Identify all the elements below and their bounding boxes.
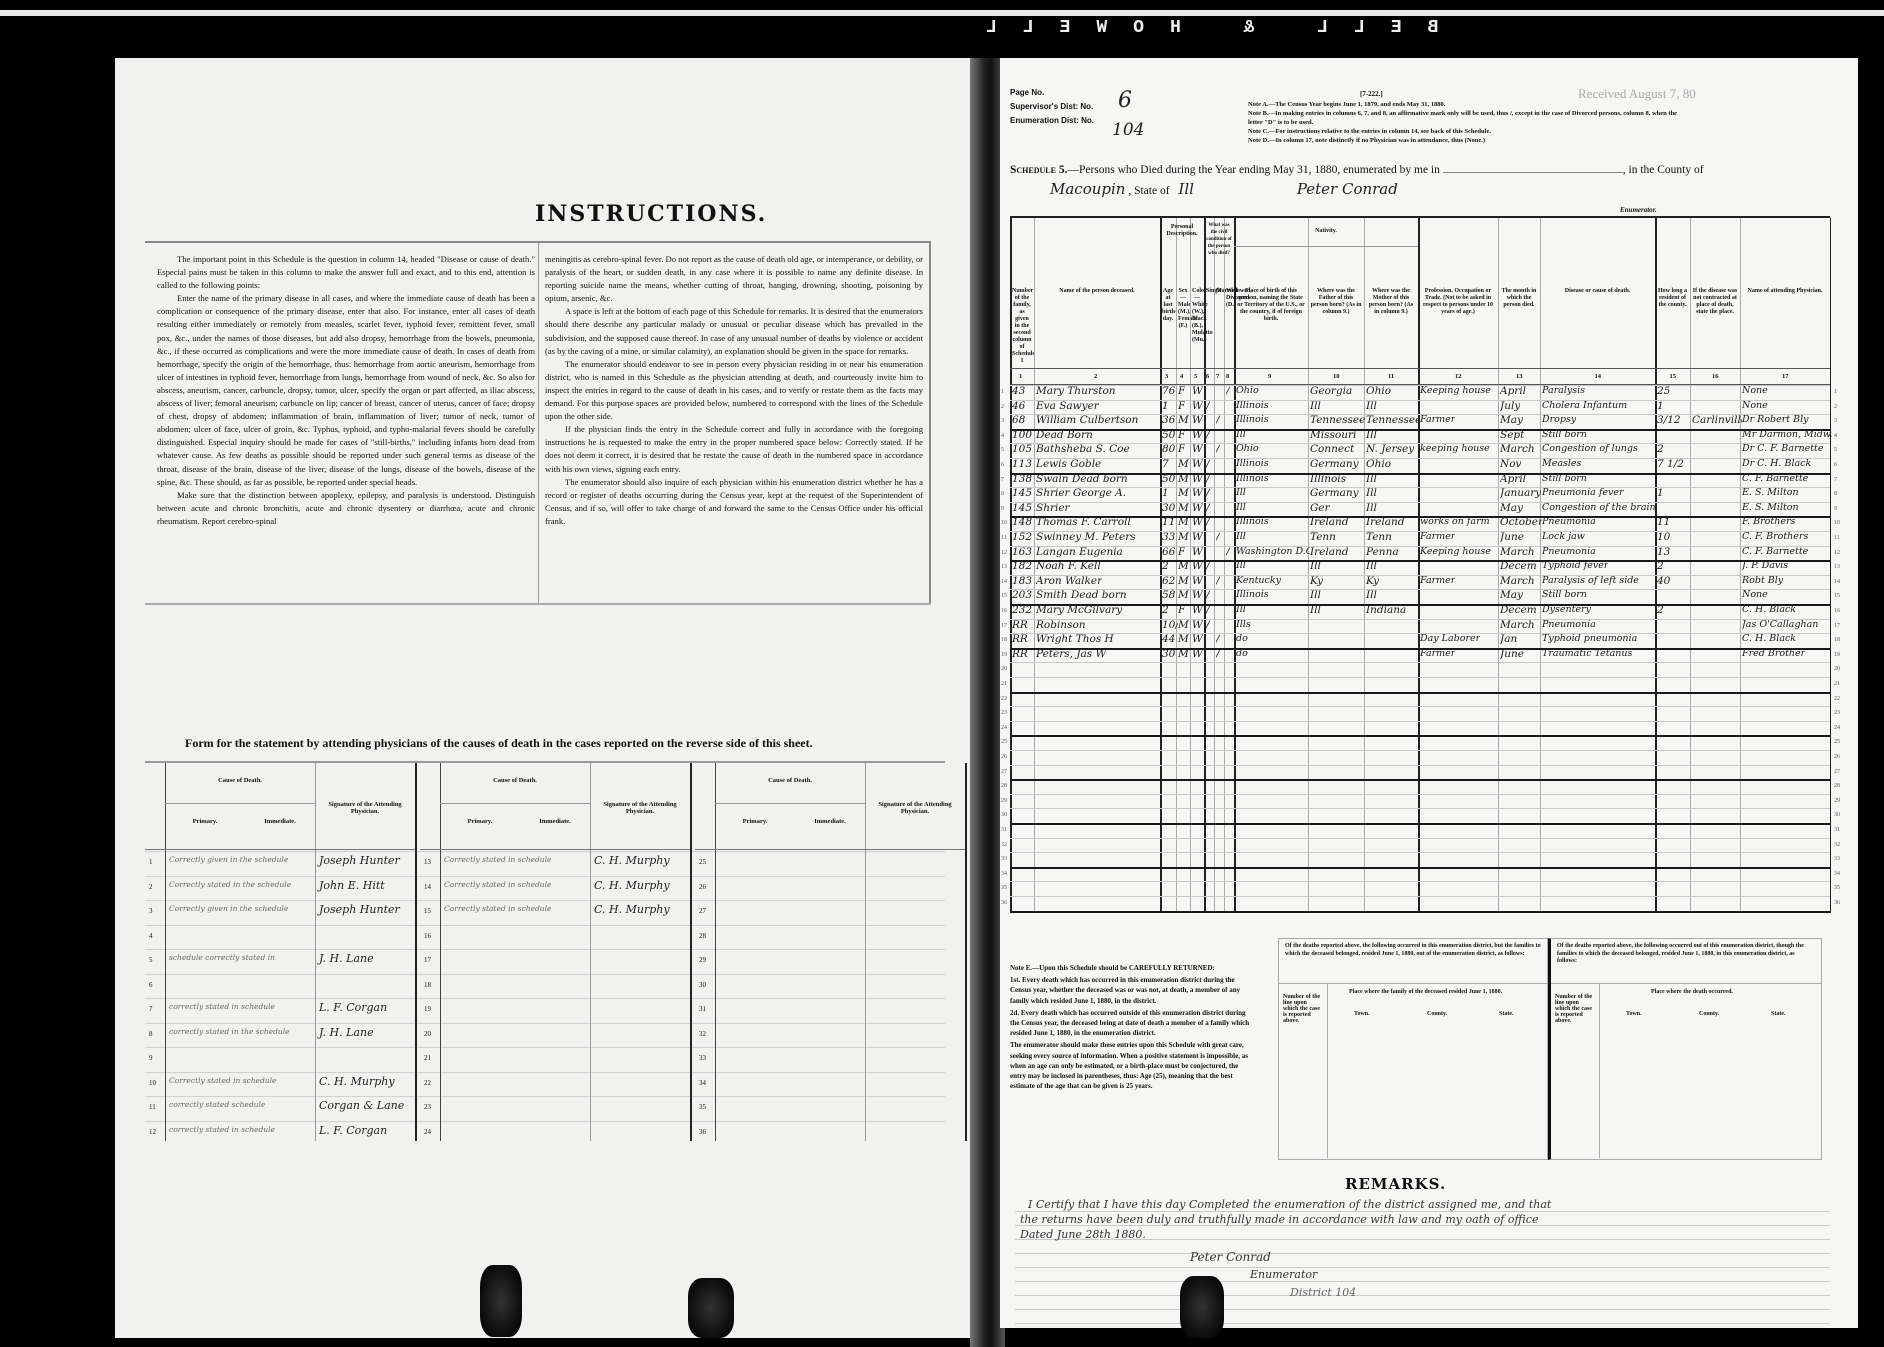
row-rule (1010, 604, 1830, 606)
cell-married: / (1216, 648, 1220, 660)
header-divider (165, 803, 315, 804)
physician-signature: John E. Hitt (319, 879, 385, 892)
enumeration-dist-label: Enumeration Dist: No. (1010, 114, 1094, 128)
cell-mother: Ill (1366, 487, 1377, 499)
cell-resident: 13 (1657, 546, 1670, 558)
cell-sex: F (1178, 546, 1185, 558)
instructions-paragraph: meningitis as cerebro-spinal fever. Do n… (545, 253, 923, 305)
row-rule (1010, 619, 1830, 620)
primary-header: Primary. (715, 818, 795, 825)
cell-mother: Ill (1366, 560, 1377, 572)
cell-father: Connect (1310, 443, 1354, 455)
cell-sex: M (1178, 589, 1189, 601)
line-number: 27 (1001, 769, 1007, 775)
signature-column (590, 763, 692, 1141)
cause-of-death-header: Cause of Death. (715, 777, 865, 784)
cell-physician: Mr Darmon, Midwife (1742, 429, 1832, 440)
line-number-column: 131415161718192021222324 (420, 763, 441, 1141)
cell-age: 33 (1162, 531, 1175, 543)
cell-sex: F (1178, 385, 1185, 397)
cell-name: Bathsheba S. Coe (1036, 443, 1130, 455)
cell-contracted: Carlinville (1692, 414, 1742, 426)
row-rule (1010, 867, 1830, 869)
state-label: , State of (1128, 185, 1169, 197)
line-number: 17 (424, 956, 431, 964)
line-number: 8 (1834, 491, 1837, 497)
cell-disease: Dysentery (1542, 604, 1591, 615)
remarks-date: Dated June 28th 1880. (1020, 1228, 1146, 1241)
cell-father: Ireland (1310, 546, 1348, 558)
cell-physician: Dr C. H. Black (1742, 458, 1811, 469)
line-number: 14 (424, 883, 431, 891)
line-number: 9 (149, 1054, 153, 1062)
cell-occupation: Farmer (1420, 414, 1455, 425)
cell-age: 36 (1162, 414, 1175, 426)
cell-resident: 7 1/2 (1657, 458, 1684, 470)
cell-family: 145 (1012, 502, 1032, 514)
line-number: 29 (1834, 798, 1840, 804)
book-clip (480, 1265, 522, 1337)
cell-father: Georgia (1310, 385, 1352, 397)
place-header: Place where the family of the deceased r… (1349, 989, 1502, 995)
line-number: 1 (1834, 389, 1837, 395)
line-number: 31 (699, 1005, 706, 1013)
cell-physician: Robt Bly (1742, 575, 1783, 586)
cell-age: 50 (1162, 473, 1175, 485)
physician-signature: J. H. Lane (319, 952, 374, 965)
cell-father: Germany (1310, 458, 1359, 470)
cell-physician: None (1742, 400, 1768, 411)
cell-physician: C. F. Barnette (1742, 546, 1808, 557)
divider (1551, 983, 1821, 984)
signature-header: Signature of the Attending Physician. (867, 801, 963, 815)
cell-color: W (1192, 575, 1203, 587)
line-number: 7 (1834, 477, 1837, 483)
line-number: 21 (424, 1054, 431, 1062)
cell-family: 145 (1012, 487, 1032, 499)
line-number: 9 (1001, 506, 1004, 512)
line-number: 34 (1001, 871, 1007, 877)
cell-month: Jan (1500, 633, 1517, 645)
cell-mother: Ohio (1366, 458, 1391, 470)
cell-occupation: Day Laborer (1420, 633, 1480, 644)
cell-color: W (1192, 473, 1203, 485)
line-number: 27 (699, 907, 706, 915)
cell-color: W (1192, 400, 1203, 412)
book-clip (1180, 1276, 1224, 1338)
primary-cause-entry: Correctly stated in schedule (169, 1076, 276, 1085)
note-e-title: Note E.—Upon this Schedule should be CAR… (1010, 963, 1250, 973)
physician-signature: C. H. Murphy (594, 879, 670, 892)
line-number: 23 (1001, 710, 1007, 716)
line-number: 4 (1834, 433, 1837, 439)
cell-family: 183 (1012, 575, 1032, 587)
instructions-paragraph: A space is left at the bottom of each pa… (545, 305, 923, 357)
state-header: State. (1499, 1011, 1514, 1017)
line-number-header: Number of the line upon which the case i… (1555, 994, 1595, 1024)
row-rule (1010, 765, 1830, 766)
primary-cause-entry: Correctly given in the schedule (169, 904, 288, 913)
cell-mother: Ill (1366, 400, 1377, 412)
cell-married: / (1216, 633, 1220, 645)
physician-signature: Joseph Hunter (319, 854, 400, 867)
note-e-paragraph: 2d. Every death which has occurred outsi… (1010, 1008, 1250, 1039)
primary-header: Primary. (165, 818, 245, 825)
cell-single: / (1206, 458, 1210, 470)
row-rule (1010, 706, 1830, 707)
row-rule (1010, 400, 1830, 401)
cell-disease: Typhoid pneumonia (1542, 633, 1637, 644)
county-header: County. (1427, 1011, 1447, 1017)
cell-father: Ky (1310, 575, 1323, 587)
cell-sex: M (1178, 648, 1189, 660)
cell-name: Swain Dead born (1036, 473, 1128, 485)
divider (1599, 983, 1600, 1158)
cell-father: Tennessee (1310, 414, 1365, 426)
row-rule (1010, 662, 1830, 663)
line-number-column: 252627282930313233343536 (695, 763, 716, 1141)
line-number: 22 (424, 1079, 431, 1087)
line-number: 13 (424, 858, 431, 866)
county-value: Macoupin (1050, 180, 1125, 198)
cell-mother: Tennessee (1366, 414, 1420, 426)
line-number: 19 (1834, 652, 1840, 658)
cell-resident: 2 (1657, 443, 1664, 455)
deaths-in-district-table: Of the deaths reported above, the follow… (1278, 938, 1548, 1160)
primary-cause-entry: correctly stated in the schedule (169, 1027, 290, 1036)
cell-family: 105 (1012, 443, 1032, 455)
cell-sex: M (1178, 560, 1189, 572)
physician-signature: J. H. Lane (319, 1026, 374, 1039)
row-rule (1010, 911, 1830, 913)
cell-single: / (1206, 429, 1210, 441)
remarks-district: District 104 (1290, 1286, 1356, 1299)
cell-name: Swinney M. Peters (1036, 531, 1136, 543)
cell-family: 152 (1012, 531, 1032, 543)
physician-signature: C. H. Murphy (594, 854, 670, 867)
column-number: 8 (1226, 373, 1229, 380)
physician-form-title: Form for the statement by attending phys… (185, 736, 813, 751)
cell-married: / (1216, 443, 1220, 455)
cell-mother: N. Jersey (1366, 443, 1414, 455)
cell-color: W (1192, 487, 1203, 499)
cell-family: 138 (1012, 473, 1032, 485)
line-number: 36 (1001, 900, 1007, 906)
line-number: 21 (1834, 681, 1840, 687)
cell-color: W (1192, 429, 1203, 441)
line-number: 10 (1834, 520, 1840, 526)
cell-age: 1 (1162, 487, 1169, 499)
cell-month: April (1500, 473, 1526, 485)
cell-age: 62 (1162, 575, 1175, 587)
header-divider (145, 849, 415, 850)
cell-resident: 2 (1657, 604, 1664, 616)
primary-cause-entry: correctly stated in schedule (169, 1002, 275, 1011)
row-rule (1010, 823, 1830, 825)
line-number: 3 (1001, 418, 1004, 424)
cell-father: Missouri (1310, 429, 1356, 441)
cell-single: / (1206, 400, 1210, 412)
line-number: 8 (149, 1030, 153, 1038)
microfilm-header-strip: BELL & HOWELL (0, 0, 1884, 58)
state-value: Ill (1178, 180, 1194, 198)
cell-month: July (1500, 400, 1520, 412)
column-number: 10 (1333, 373, 1340, 380)
column-header: How long a resident of the county. (1657, 288, 1688, 309)
row-rule (1010, 692, 1830, 694)
cell-disease: Cholera Infantum (1542, 400, 1627, 411)
cell-color: W (1192, 589, 1203, 601)
column-number: 2 (1094, 373, 1097, 380)
row-rule (1010, 458, 1830, 459)
cell-sex: M (1178, 458, 1189, 470)
cell-color: W (1192, 443, 1203, 455)
line-number: 20 (424, 1030, 431, 1038)
line-number: 24 (1834, 725, 1840, 731)
cell-disease: Pneumonia (1542, 619, 1596, 630)
line-number: 4 (1001, 433, 1004, 439)
column-rule (1830, 218, 1831, 913)
header-divider (420, 849, 690, 850)
column-number: 3 (1165, 373, 1168, 380)
row-rule (1010, 838, 1830, 839)
line-number: 24 (1001, 725, 1007, 731)
header-divider (440, 803, 590, 804)
form-code: [7-222.] (1360, 90, 1383, 98)
county-header: County. (1699, 1011, 1719, 1017)
line-number: 29 (1001, 798, 1007, 804)
cell-birth: Ill (1236, 560, 1246, 571)
line-number: 7 (1001, 477, 1004, 483)
line-number: 11 (1834, 535, 1840, 541)
cell-sex: F (1178, 400, 1185, 412)
cell-physician: None (1742, 385, 1768, 396)
line-number: 1 (149, 858, 153, 866)
cell-father: Germany (1310, 487, 1359, 499)
microfilm-label: BELL & HOWELL (960, 18, 1438, 38)
line-number-column: 123456789101112 (145, 763, 166, 1141)
cell-birth: Illinois (1236, 400, 1269, 411)
cell-disease: Pneumonia (1542, 516, 1596, 527)
instructions-paragraph: If the physician finds the entry in the … (545, 423, 923, 475)
cell-age: 66 (1162, 546, 1175, 558)
line-number: 7 (149, 1005, 153, 1013)
cell-birth: Ill (1236, 604, 1246, 615)
cell-name: Robinson (1036, 619, 1086, 631)
cell-birth: Illinois (1236, 458, 1269, 469)
line-number: 16 (1834, 608, 1840, 614)
column-header: Place of birth of this person, naming th… (1236, 288, 1306, 323)
line-number: 12 (149, 1128, 156, 1136)
cell-physician: Fred Brother (1742, 648, 1805, 659)
line-number: 33 (1001, 856, 1007, 862)
cell-age: 7 (1162, 458, 1169, 470)
line-number: 18 (1001, 637, 1007, 643)
row-rule (1010, 794, 1830, 795)
cell-name: Smith Dead born (1036, 589, 1127, 601)
cell-single: / (1206, 560, 1210, 572)
cell-occupation: Farmer (1420, 575, 1455, 586)
note-e-paragraph: 1st. Every death which has occurred in t… (1010, 975, 1250, 1006)
cell-father: Ill (1310, 400, 1321, 412)
primary-cause-entry: Correctly stated in the schedule (169, 880, 291, 889)
cell-occupation: Farmer (1420, 648, 1455, 659)
county-label: , in the County of (1623, 164, 1704, 176)
cell-color: W (1192, 531, 1203, 543)
row-rule (1010, 677, 1830, 678)
line-number-header: Number of the line upon which the case i… (1283, 994, 1323, 1024)
cell-birth: Illinois (1236, 589, 1269, 600)
column-header: The month in which the person died. (1500, 288, 1538, 309)
instructions-title: INSTRUCTIONS. (535, 201, 767, 227)
row-rule (1010, 589, 1830, 590)
row-rule (1010, 735, 1830, 737)
cell-family: 163 (1012, 546, 1032, 558)
cell-disease: Traumatic Tetanus (1542, 648, 1632, 659)
cell-name: Wright Thos H (1036, 633, 1114, 645)
physician-signature: L. F. Corgan (319, 1001, 387, 1014)
cell-color: W (1192, 458, 1203, 470)
cell-color: W (1192, 414, 1203, 426)
cell-birth: Illinois (1236, 516, 1269, 527)
cell-mother: Ill (1366, 473, 1377, 485)
primary-cause-entry: Correctly given in the schedule (169, 855, 288, 864)
cell-mother: Ky (1366, 575, 1379, 587)
line-number: 23 (1834, 710, 1840, 716)
cell-month: Decem (1500, 604, 1537, 616)
cell-family: RR (1012, 619, 1028, 631)
column-header: Color—White (W.), Black (B.), Mulatto (M… (1192, 288, 1202, 344)
physician-signature: Corgan & Lane (319, 1099, 404, 1112)
film-margin-right (1858, 58, 1884, 1347)
line-number: 28 (1001, 783, 1007, 789)
line-number: 4 (149, 932, 153, 940)
cell-disease: Paralysis (1542, 385, 1585, 396)
cell-month: May (1500, 414, 1523, 426)
row-rule (1010, 487, 1830, 488)
line-number: 36 (699, 1128, 706, 1136)
cell-name: Noah F. Kell (1036, 560, 1101, 572)
row-rule (1010, 721, 1830, 722)
cell-name: Thomas F. Carroll (1036, 516, 1131, 528)
note-d: Note D.—In column 17, note distinctly if… (1248, 136, 1678, 145)
cell-single: / (1206, 589, 1210, 601)
cell-name: Aron Walker (1036, 575, 1102, 587)
cell-mother: Tenn (1366, 531, 1392, 543)
cell-name: Shrier George A. (1036, 487, 1126, 499)
line-number: 18 (1834, 637, 1840, 643)
line-number: 16 (424, 932, 431, 940)
cell-father: Ill (1310, 589, 1321, 601)
column-number: 15 (1670, 373, 1677, 380)
cell-single: / (1206, 502, 1210, 514)
column-number: 13 (1516, 373, 1523, 380)
cell-name: Langan Eugenia (1036, 546, 1123, 558)
line-number: 6 (1001, 462, 1004, 468)
cell-mother: Ill (1366, 429, 1377, 441)
primary-cause-entry: correctly stated in schedule (169, 1125, 275, 1134)
cell-physician: E. S. Milton (1742, 502, 1799, 513)
cell-name: Eva Sawyer (1036, 400, 1099, 412)
row-rule (1010, 429, 1830, 431)
township-blank (1443, 172, 1623, 173)
column-header: Where was the Mother of this person born… (1366, 288, 1416, 316)
line-number: 1 (1001, 389, 1004, 395)
cell-sex: F (1178, 604, 1185, 616)
line-number: 13 (1001, 564, 1007, 570)
row-rule (1010, 896, 1830, 897)
row-rule (1010, 473, 1830, 475)
line-number: 14 (1001, 579, 1007, 585)
instructions-paragraph: The enumerator should also inquire of ea… (545, 476, 923, 528)
cell-physician: F. Brothers (1742, 516, 1795, 527)
column-header: Name of the person deceased. (1036, 288, 1158, 295)
cell-color: W (1192, 516, 1203, 528)
cell-month: June (1500, 531, 1524, 543)
cell-family: 148 (1012, 516, 1032, 528)
enumerator-name: Peter Conrad (1297, 180, 1398, 198)
cell-physician: None (1742, 589, 1768, 600)
cell-disease: Still born (1542, 473, 1587, 484)
line-number: 30 (1001, 812, 1007, 818)
box-border (145, 603, 931, 605)
line-number: 17 (1001, 623, 1007, 629)
sub-table-intro: Of the deaths reported above, the follow… (1285, 943, 1541, 958)
column-header: Widowed, Divorced (D.) (1226, 288, 1232, 309)
cell-disease: Congestion of the brain (1542, 502, 1656, 513)
row-rule (1010, 779, 1830, 781)
cell-month: March (1500, 546, 1535, 558)
cell-father: Ireland (1310, 516, 1348, 528)
remarks-title: REMARKS. (1345, 1175, 1446, 1193)
row-rule (1010, 881, 1830, 882)
signature-column (865, 763, 967, 1141)
cell-disease: Pneumonia fever (1542, 487, 1624, 498)
cell-resident: 1 (1657, 487, 1664, 499)
cell-color: W (1192, 648, 1203, 660)
cell-color: W (1192, 604, 1203, 616)
line-number: 23 (424, 1103, 431, 1111)
cell-physician: C. F. Barnette (1742, 473, 1808, 484)
cell-physician: E. S. Milton (1742, 487, 1799, 498)
line-number: 33 (699, 1054, 706, 1062)
cell-sex: M (1178, 414, 1189, 426)
instructions-paragraph: Enter the name of the primary disease in… (157, 292, 535, 488)
schedule-second-line: Macoupin , State of Ill Peter Conrad (1050, 180, 1398, 198)
line-number: 12 (1834, 550, 1840, 556)
cell-birth: Illinois (1236, 473, 1269, 484)
cell-color: W (1192, 619, 1203, 631)
sub-table-intro: Of the deaths reported above, the follow… (1557, 943, 1813, 966)
line-number: 26 (1001, 754, 1007, 760)
header-divider (1010, 368, 1830, 369)
line-number: 5 (149, 956, 153, 964)
physician-signature: C. H. Murphy (319, 1075, 395, 1088)
line-number: 2 (1834, 404, 1837, 410)
column-header: Disease or cause of death. (1542, 288, 1653, 295)
enumerator-label: Enumerator. (1620, 206, 1657, 214)
film-margin-left (0, 58, 115, 1347)
physician-signature: C. H. Murphy (594, 903, 670, 916)
page-header-fields: Page No. Supervisor's Dist: No. Enumerat… (1010, 86, 1094, 128)
cell-physician: J. P. Davis (1742, 560, 1788, 571)
cell-single: / (1206, 487, 1210, 499)
instructions-column-left: The important point in this Schedule is … (157, 253, 535, 528)
line-number: 30 (699, 981, 706, 989)
physician-signature: Joseph Hunter (319, 903, 400, 916)
column-header: Single (1206, 288, 1212, 295)
line-number: 9 (1834, 506, 1837, 512)
